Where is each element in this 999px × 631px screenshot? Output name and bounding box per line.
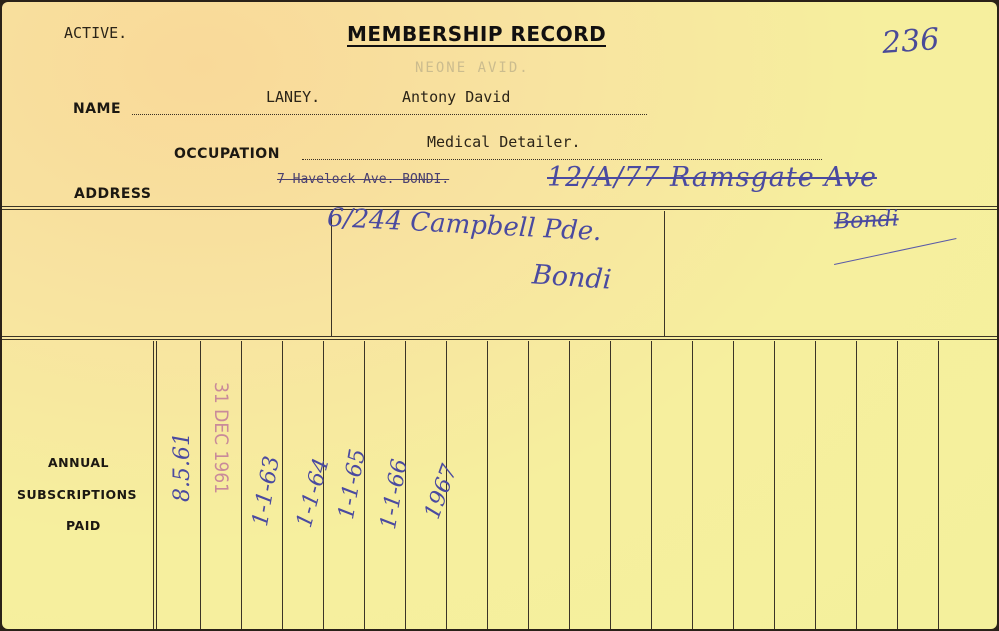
- column-line: [487, 341, 488, 629]
- address-box-divider: [664, 211, 665, 336]
- subscriptions-label-line3: PAID: [66, 518, 101, 533]
- column-line: [938, 341, 939, 629]
- surname-value: LANEY.: [266, 88, 320, 106]
- occupation-label: OCCUPATION: [174, 146, 280, 162]
- column-line: [569, 341, 570, 629]
- column-line: [774, 341, 775, 629]
- address-label: ADDRESS: [74, 186, 151, 202]
- subscription-entry: 1-1-64: [292, 456, 334, 531]
- subscription-entry: 1-1-63: [248, 454, 285, 528]
- name-label: NAME: [73, 101, 121, 117]
- column-line: [282, 341, 283, 629]
- column-line: [200, 341, 201, 629]
- status-text: ACTIVE.: [64, 24, 127, 42]
- column-line: [692, 341, 693, 629]
- column-line: [733, 341, 734, 629]
- column-line: [528, 341, 529, 629]
- column-line: [815, 341, 816, 629]
- divider-line: [2, 206, 997, 207]
- address-current-line2: Bondi: [531, 259, 612, 295]
- column-line: [651, 341, 652, 629]
- subscription-entry: 1-1-65: [334, 447, 371, 521]
- occupation-value: Medical Detailer.: [427, 133, 581, 151]
- subscriptions-label-line2: SUBSCRIPTIONS: [17, 487, 137, 502]
- column-line: [856, 341, 857, 629]
- column-line: [156, 341, 157, 629]
- subscriptions-label-line1: ANNUAL: [48, 455, 109, 470]
- given-names-value: Antony David: [402, 88, 510, 106]
- address-typed-struck: 7 Havelock Ave. BONDI.: [277, 172, 449, 187]
- divider-line: [2, 336, 997, 337]
- faint-overtyped-text: NEONE AVID.: [415, 60, 530, 76]
- record-number: 236: [881, 22, 941, 61]
- address-struck-suburb: Bondi: [833, 206, 899, 234]
- subscription-entry: 8.5.61: [170, 432, 195, 502]
- occupation-dotted-line: [302, 159, 822, 160]
- page-title: MEMBERSHIP RECORD: [347, 23, 606, 47]
- divider-line: [2, 339, 997, 340]
- name-dotted-line: [132, 114, 647, 115]
- subscription-entry: 1-1-66: [376, 457, 413, 531]
- column-line: [610, 341, 611, 629]
- subscription-stamp: 31 DEC 1961: [210, 382, 232, 494]
- subscription-entry: 1967: [420, 461, 463, 522]
- column-line: [241, 341, 242, 629]
- cross-out-stroke: [834, 238, 956, 265]
- column-line: [153, 341, 154, 629]
- column-line: [897, 341, 898, 629]
- membership-record-card: ACTIVE. MEMBERSHIP RECORD 236 NEONE AVID…: [2, 2, 997, 629]
- address-hand-struck: 12/A/77 Ramsgate Ave: [547, 162, 877, 193]
